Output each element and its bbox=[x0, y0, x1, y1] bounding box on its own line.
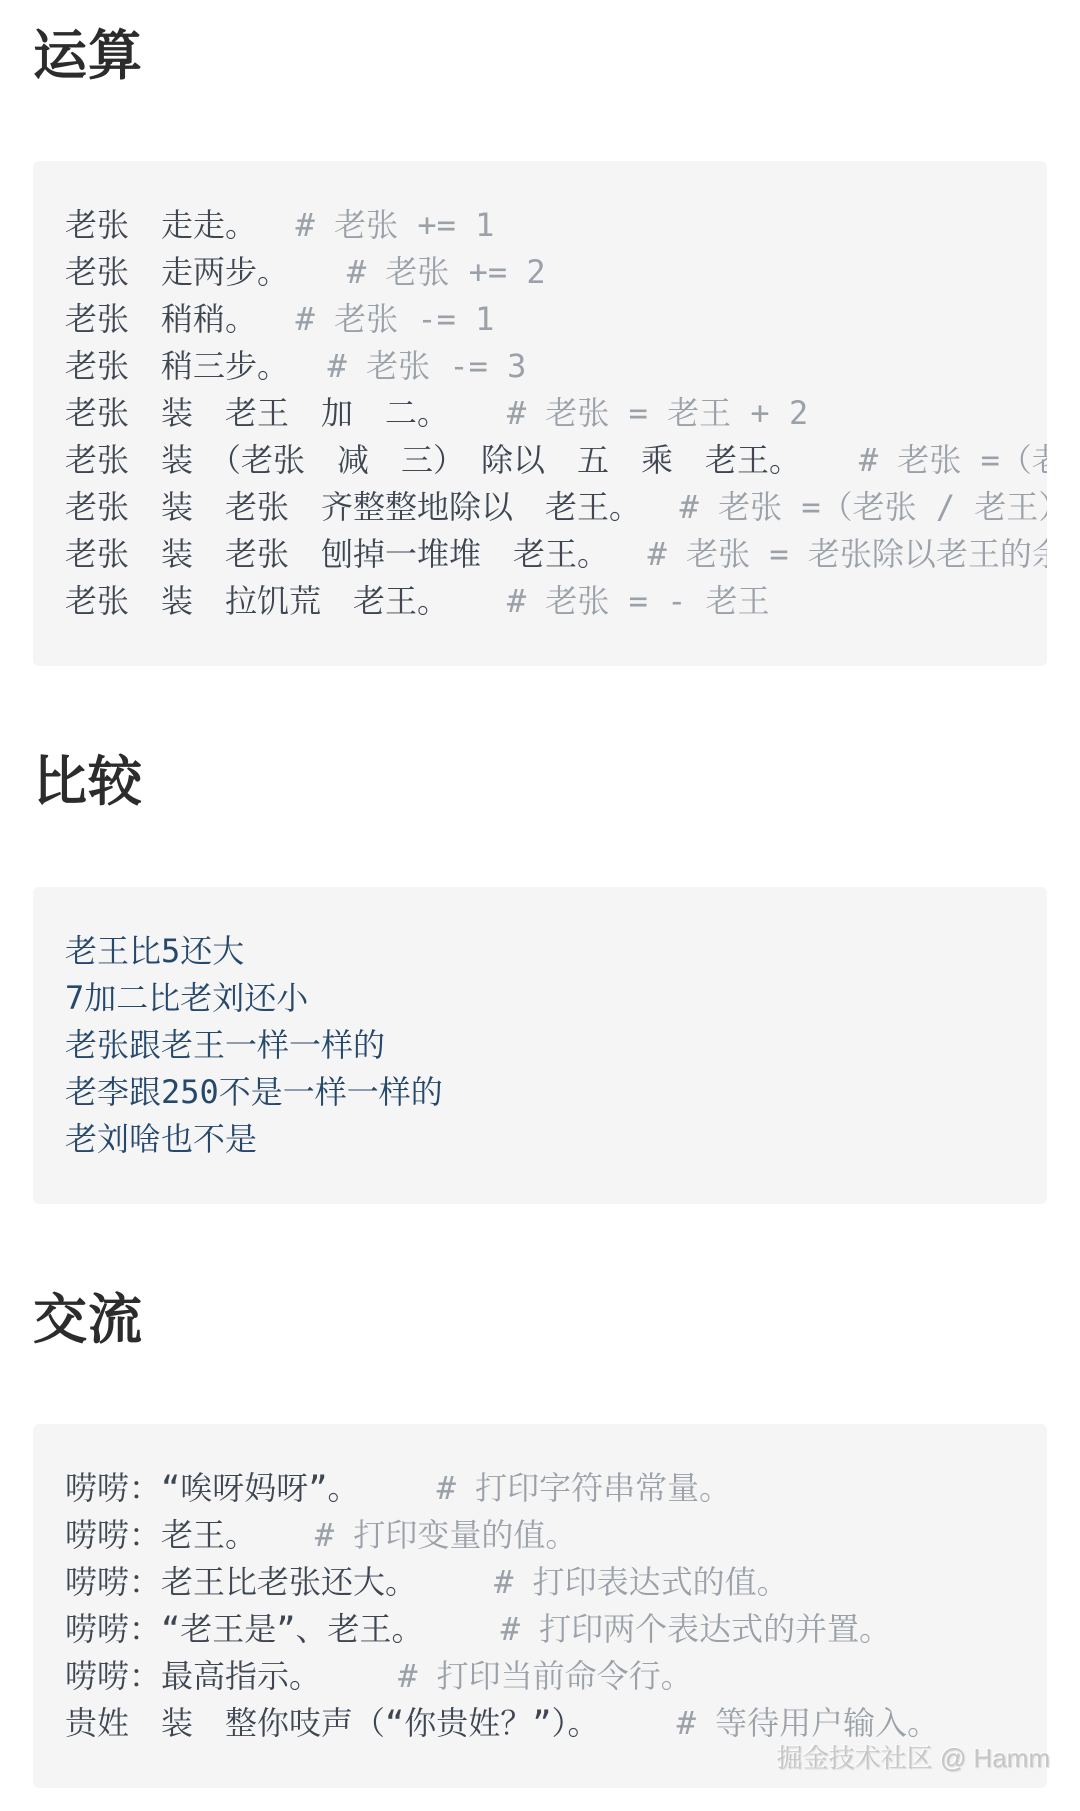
section-comparison: 比较 老王比5还大7加二比老刘还小老张跟老王一样一样的老李跟250不是一样一样的… bbox=[33, 750, 1047, 1204]
section-heading-communication: 交流 bbox=[33, 1288, 1047, 1353]
code-line: 唠唠：“老王是”、老王。 # 打印两个表达式的并置。 bbox=[65, 1606, 1015, 1653]
code-text: 贵姓 装 整你吱声（“你贵姓？”）。 bbox=[65, 1704, 600, 1742]
comment-text: # 打印当前命令行。 bbox=[321, 1657, 693, 1695]
code-line: 老张跟老王一样一样的 bbox=[65, 1022, 1015, 1069]
code-text: 老李跟250不是一样一样的 bbox=[65, 1073, 443, 1111]
code-line: 老张 装 老王 加 二。 # 老张 = 老王 + 2 bbox=[65, 390, 1015, 437]
code-text: 老张 走两步。 bbox=[65, 253, 289, 291]
comment-text: # 老张 += 1 bbox=[257, 206, 494, 244]
code-block-communication: 唠唠：“唉呀妈呀”。 # 打印字符串常量。唠唠：老王。 # 打印变量的值。唠唠：… bbox=[33, 1424, 1047, 1788]
code-text: 唠唠：“唉呀妈呀”。 bbox=[65, 1469, 360, 1507]
code-line: 老张 走走。 # 老张 += 1 bbox=[65, 202, 1015, 249]
code-line: 老李跟250不是一样一样的 bbox=[65, 1069, 1015, 1116]
code-text: 唠唠：最高指示。 bbox=[65, 1657, 321, 1695]
code-line: 老刘啥也不是 bbox=[65, 1116, 1015, 1163]
watermark: 掘金技术社区 @ Hamm bbox=[777, 1738, 1050, 1775]
code-text: 7加二比老刘还小 bbox=[65, 979, 308, 1017]
code-text: 老张 稍三步。 bbox=[65, 347, 289, 385]
code-text: 唠唠：“老王是”、老王。 bbox=[65, 1610, 424, 1648]
code-line: 老张 走两步。 # 老张 += 2 bbox=[65, 249, 1015, 296]
comment-text: # 打印两个表达式的并置。 bbox=[424, 1610, 892, 1648]
code-block-operations: 老张 走走。 # 老张 += 1老张 走两步。 # 老张 += 2老张 稍稍。 … bbox=[33, 161, 1047, 666]
code-text: 老张 走走。 bbox=[65, 206, 257, 244]
section-heading-operations: 运算 bbox=[33, 24, 1047, 89]
code-line: 老张 装 老张 齐整整地除以 老王。 # 老张 =（老张 / 老王） bbox=[65, 484, 1015, 531]
code-text: 老张 稍稍。 bbox=[65, 300, 257, 338]
comment-text: # 老张 = 老王 + 2 bbox=[449, 394, 808, 432]
code-line: 老王比5还大 bbox=[65, 928, 1015, 975]
code-text: 老张跟老王一样一样的 bbox=[65, 1026, 385, 1064]
comment-text: # 老张 += 2 bbox=[289, 253, 546, 291]
code-line: 7加二比老刘还小 bbox=[65, 975, 1015, 1022]
code-text: 老张 装 （老张 减 三） 除以 五 乘 老王。 bbox=[65, 441, 801, 479]
code-line: 老张 装 老张 刨掉一堆堆 老王。 # 老张 = 老张除以老王的余 bbox=[65, 531, 1015, 578]
code-line: 唠唠：“唉呀妈呀”。 # 打印字符串常量。 bbox=[65, 1465, 1015, 1512]
comment-text: # 老张 -= 3 bbox=[289, 347, 526, 385]
comment-text: # 老张 = - 老王 bbox=[449, 582, 770, 620]
code-line: 唠唠：最高指示。 # 打印当前命令行。 bbox=[65, 1653, 1015, 1700]
comment-text: # 老张 -= 1 bbox=[257, 300, 494, 338]
code-text: 老张 装 拉饥荒 老王。 bbox=[65, 582, 449, 620]
code-text: 唠唠：老王。 bbox=[65, 1516, 257, 1554]
comment-text: # 老张 =（老张 bbox=[801, 441, 1047, 479]
code-line: 老张 装 拉饥荒 老王。 # 老张 = - 老王 bbox=[65, 578, 1015, 625]
code-text: 唠唠：老王比老张还大。 bbox=[65, 1563, 417, 1601]
code-line: 老张 装 （老张 减 三） 除以 五 乘 老王。 # 老张 =（老张 bbox=[65, 437, 1015, 484]
comment-text: # 打印表达式的值。 bbox=[417, 1563, 789, 1601]
code-line: 老张 稍三步。 # 老张 -= 3 bbox=[65, 343, 1015, 390]
code-text: 老王比5还大 bbox=[65, 932, 244, 970]
code-text: 老张 装 老张 齐整整地除以 老王。 bbox=[65, 488, 641, 526]
comment-text: # 打印变量的值。 bbox=[257, 1516, 577, 1554]
code-line: 唠唠：老王。 # 打印变量的值。 bbox=[65, 1512, 1015, 1559]
code-text: 老刘啥也不是 bbox=[65, 1120, 257, 1158]
document-page: 运算 老张 走走。 # 老张 += 1老张 走两步。 # 老张 += 2老张 稍… bbox=[0, 0, 1080, 1811]
comment-text: # 等待用户输入。 bbox=[600, 1704, 940, 1742]
code-text: 老张 装 老张 刨掉一堆堆 老王。 bbox=[65, 535, 609, 573]
comment-text: # 老张 = 老张除以老王的余 bbox=[609, 535, 1047, 573]
code-line: 唠唠：老王比老张还大。 # 打印表达式的值。 bbox=[65, 1559, 1015, 1606]
section-heading-comparison: 比较 bbox=[33, 750, 1047, 815]
section-communication: 交流 唠唠：“唉呀妈呀”。 # 打印字符串常量。唠唠：老王。 # 打印变量的值。… bbox=[33, 1288, 1047, 1789]
code-line: 老张 稍稍。 # 老张 -= 1 bbox=[65, 296, 1015, 343]
code-block-comparison: 老王比5还大7加二比老刘还小老张跟老王一样一样的老李跟250不是一样一样的老刘啥… bbox=[33, 887, 1047, 1204]
comment-text: # 打印字符串常量。 bbox=[360, 1469, 732, 1507]
section-operations: 运算 老张 走走。 # 老张 += 1老张 走两步。 # 老张 += 2老张 稍… bbox=[33, 24, 1047, 666]
comment-text: # 老张 =（老张 / 老王） bbox=[641, 488, 1047, 526]
code-text: 老张 装 老王 加 二。 bbox=[65, 394, 449, 432]
